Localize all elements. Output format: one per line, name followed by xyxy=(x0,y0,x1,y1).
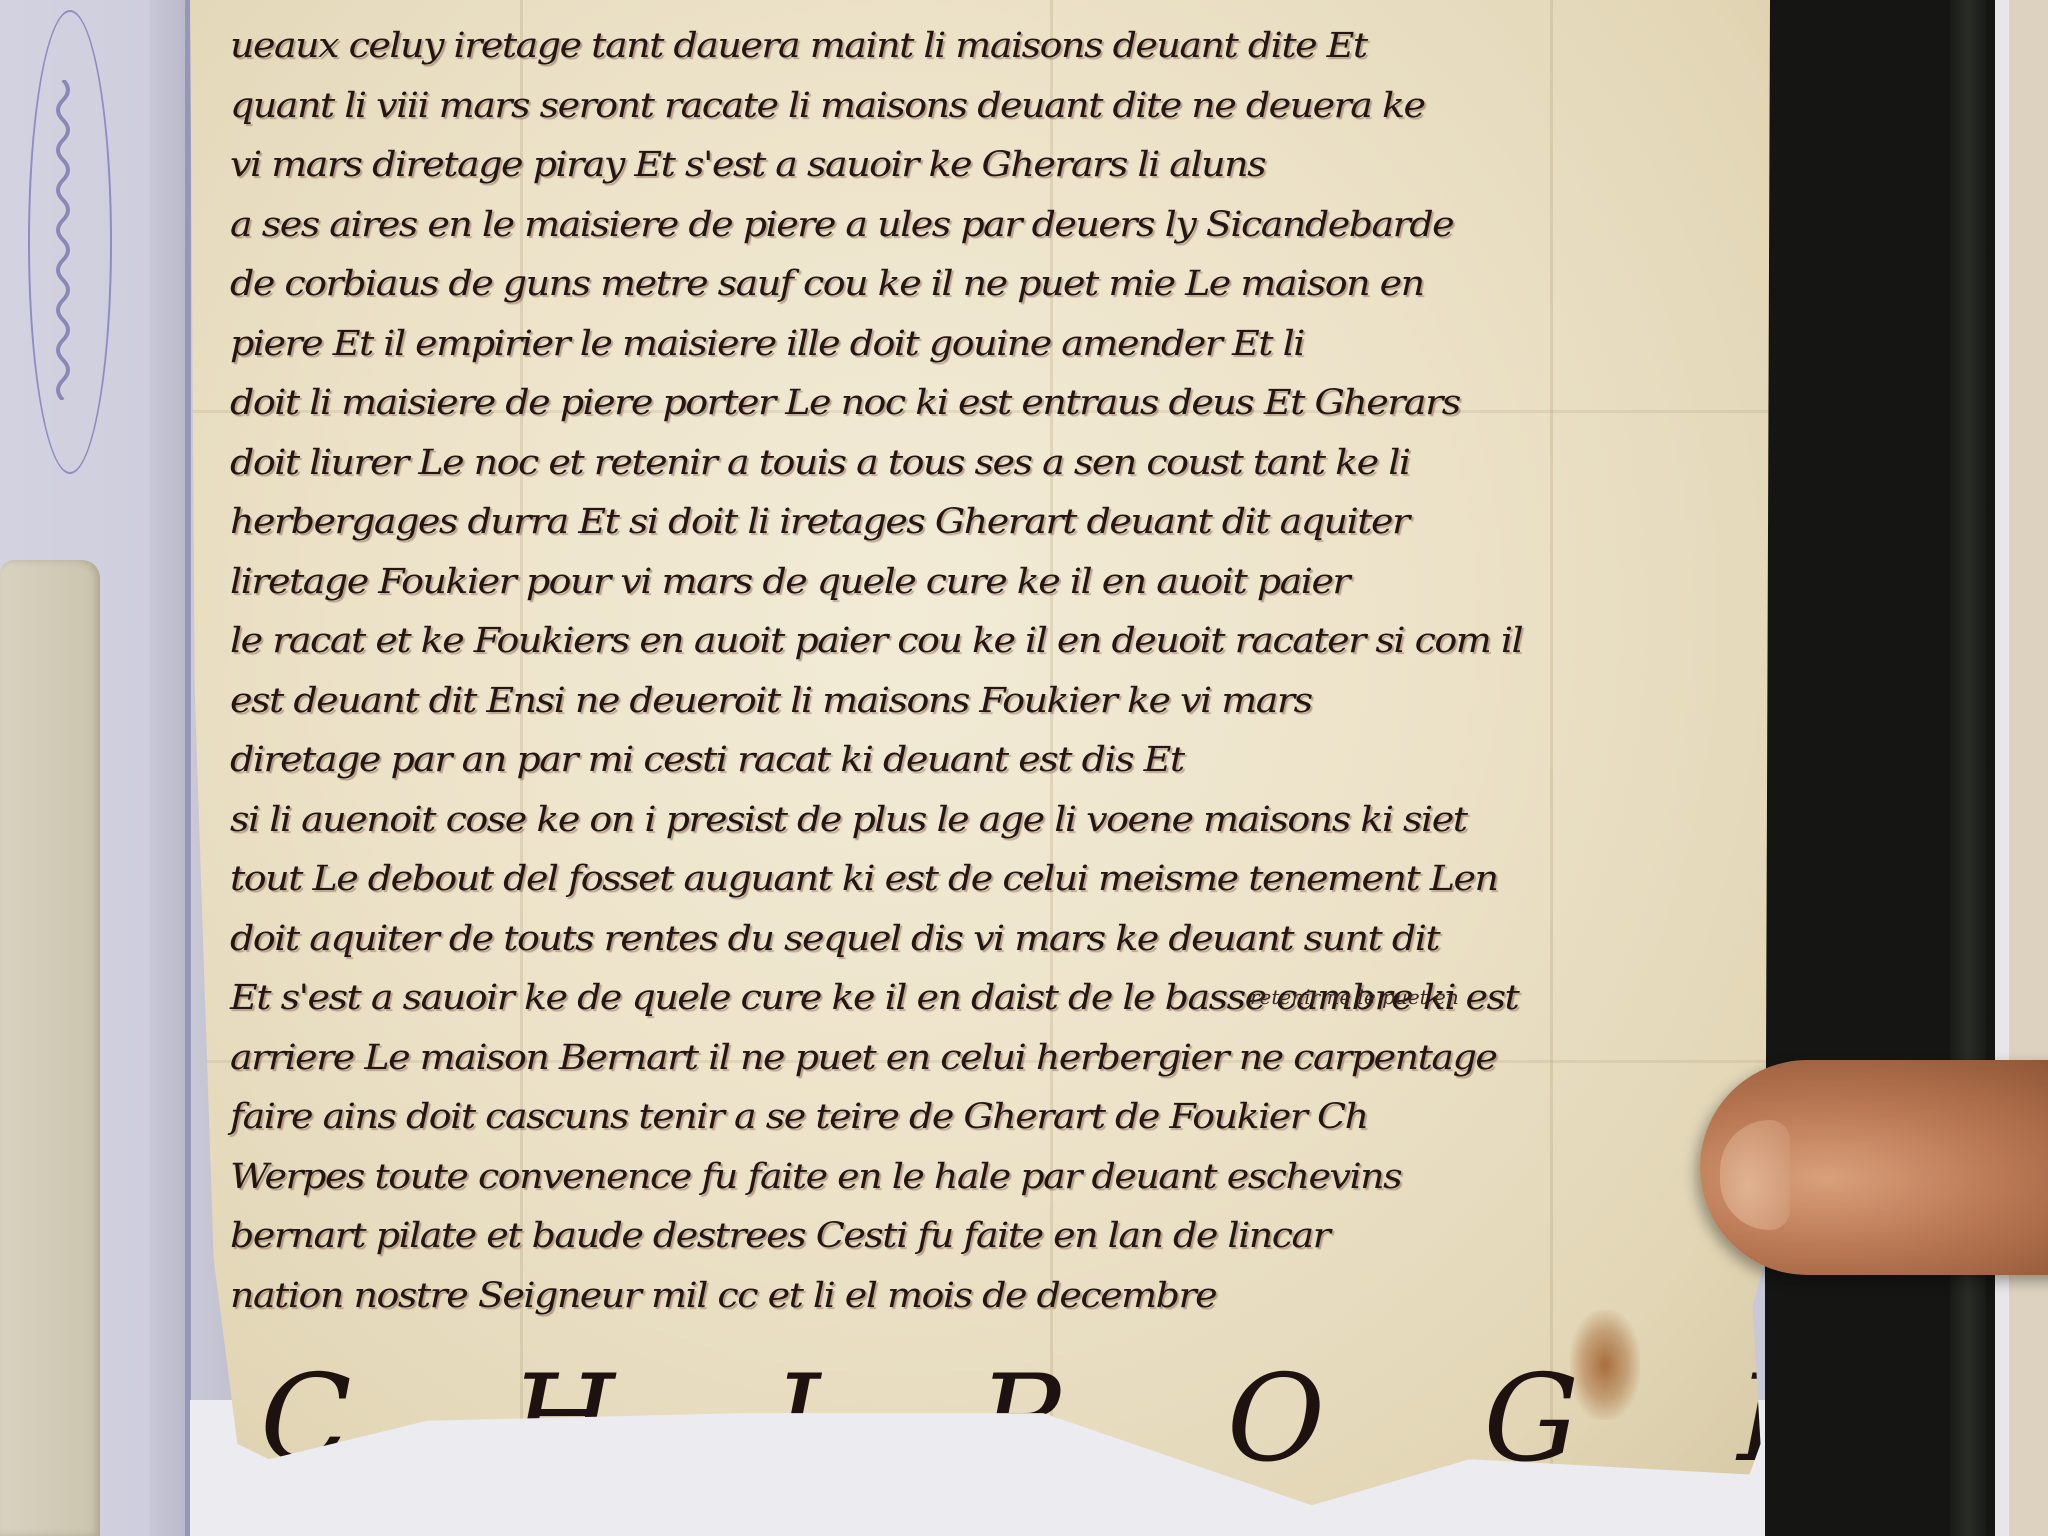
text-line: arriere Le maison Bernart il ne puet en … xyxy=(230,1032,1730,1087)
text-line: de corbiaus de guns metre sauf cou ke il… xyxy=(230,258,1730,313)
text-line: piere Et il empirier le maisiere ille do… xyxy=(230,318,1730,373)
text-line: doit liurer Le noc et retenir a touis a … xyxy=(230,437,1730,492)
text-line: vi mars diretage piray Et s'est a sauoir… xyxy=(230,139,1730,194)
text-line: tout Le debout del fosset auguant ki est… xyxy=(230,853,1730,908)
frame-outer-edge xyxy=(2009,0,2048,1536)
text-line: Et s'est a sauoir ke de quele cure ke il… xyxy=(230,972,1730,1027)
text-line: si li auenoit cose ke on i presist de pl… xyxy=(230,794,1730,849)
wavy-ridge-icon xyxy=(48,80,78,400)
charter-text: ueaux celuy iretage tant dauera maint li… xyxy=(230,18,1730,1327)
photo-scene: ueaux celuy iretage tant dauera maint li… xyxy=(0,0,2048,1536)
frame-white-strip xyxy=(1995,0,2009,1536)
text-line: nation nostre Seigneur mil cc et li el m… xyxy=(230,1270,1730,1325)
text-line: bernart pilate et baude destrees Cesti f… xyxy=(230,1210,1730,1265)
frame-groove xyxy=(1950,0,1986,1536)
text-line: est deuant dit Ensi ne deueroit li maiso… xyxy=(230,675,1730,730)
cloth-towel xyxy=(0,560,100,1536)
text-line: liretage Foukier pour vi mars de quele c… xyxy=(230,556,1730,611)
text-line: diretage par an par mi cesti racat ki de… xyxy=(230,734,1730,789)
sleeve-fold xyxy=(150,0,190,1536)
text-line: doit li maisiere de piere porter Le noc … xyxy=(230,377,1730,432)
text-line: ueaux celuy iretage tant dauera maint li… xyxy=(230,20,1730,75)
text-line: le racat et ke Foukiers en auoit paier c… xyxy=(230,615,1730,670)
text-line: Werpes toute convenence fu faite en le h… xyxy=(230,1151,1730,1206)
parchment-charter: ueaux celuy iretage tant dauera maint li… xyxy=(190,0,1770,1536)
text-line: a ses aires en le maisiere de piere a ul… xyxy=(230,199,1730,254)
text-line: herbergages durra Et si doit li iretages… xyxy=(230,496,1730,551)
text-line: faire ains doit cascuns tenir a se teire… xyxy=(230,1091,1730,1146)
text-line: doit aquiter de touts rentes du sequel d… xyxy=(230,913,1730,968)
text-line: quant li viii mars seront racate li mais… xyxy=(230,80,1730,135)
interlinear-insertion: retenir ne le puet en xyxy=(1250,985,1459,1009)
sleeve-edge-line xyxy=(185,0,191,1536)
